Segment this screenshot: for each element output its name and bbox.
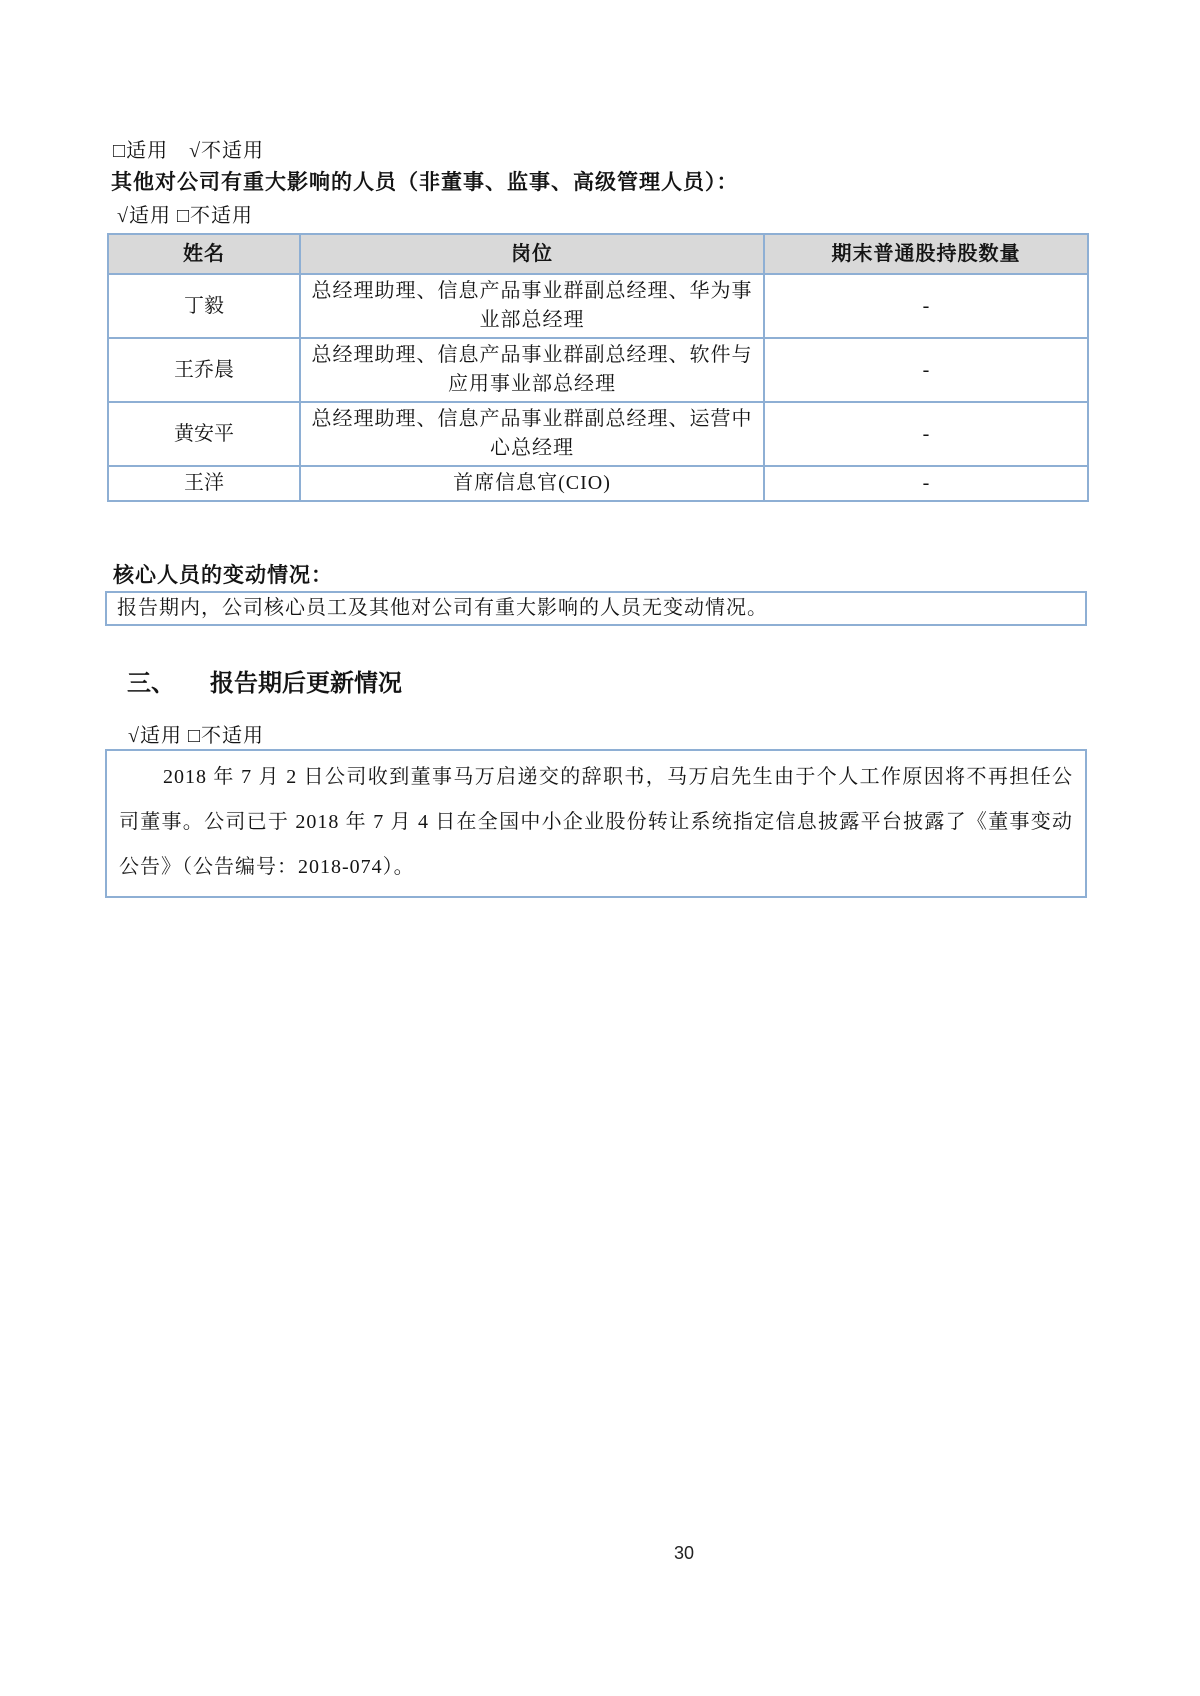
cell-position: 总经理助理、信息产品事业群副总经理、华为事业部总经理 [300, 274, 764, 338]
cell-name: 王洋 [108, 466, 300, 501]
applicability-line-not-applicable: □适用 √不适用 [113, 134, 264, 163]
cell-position: 总经理助理、信息产品事业群副总经理、运营中心总经理 [300, 402, 764, 466]
section-title: 报告期后更新情况 [210, 670, 402, 697]
cell-name: 王乔晨 [108, 338, 300, 402]
cell-position: 首席信息官(CIO) [300, 466, 764, 501]
core-change-note-box: 报告期内，公司核心员工及其他对公司有重大影响的人员无变动情况。 [105, 591, 1087, 626]
table-row: 黄安平 总经理助理、信息产品事业群副总经理、运营中心总经理 - [108, 402, 1088, 466]
other-personnel-heading: 其他对公司有重大影响的人员（非董事、监事、高级管理人员）： [111, 166, 739, 196]
table-header-row: 姓名 岗位 期末普通股持股数量 [108, 234, 1088, 274]
column-header-shares: 期末普通股持股数量 [764, 234, 1088, 274]
section-three-paragraph-box: 2018 年 7 月 2 日公司收到董事马万启递交的辞职书，马万启先生由于个人工… [105, 749, 1087, 898]
cell-name: 丁毅 [108, 274, 300, 338]
core-change-note-text: 报告期内，公司核心员工及其他对公司有重大影响的人员无变动情况。 [117, 597, 768, 619]
cell-name: 黄安平 [108, 402, 300, 466]
column-header-name: 姓名 [108, 234, 300, 274]
cell-shares: - [764, 274, 1088, 338]
table-row: 丁毅 总经理助理、信息产品事业群副总经理、华为事业部总经理 - [108, 274, 1088, 338]
personnel-table: 姓名 岗位 期末普通股持股数量 丁毅 总经理助理、信息产品事业群副总经理、华为事… [107, 233, 1089, 502]
cell-position: 总经理助理、信息产品事业群副总经理、软件与应用事业部总经理 [300, 338, 764, 402]
document-page: □适用 √不适用 其他对公司有重大影响的人员（非董事、监事、高级管理人员）： √… [0, 0, 1200, 1696]
section-three-heading: 三、报告期后更新情况 [127, 663, 402, 698]
page-number: 30 [674, 1543, 694, 1564]
section-three-paragraph-text: 2018 年 7 月 2 日公司收到董事马万启递交的辞职书，马万启先生由于个人工… [119, 766, 1073, 878]
table-row: 王乔晨 总经理助理、信息产品事业群副总经理、软件与应用事业部总经理 - [108, 338, 1088, 402]
section-three-applicability-line: √适用 □不适用 [128, 719, 264, 748]
column-header-position: 岗位 [300, 234, 764, 274]
cell-shares: - [764, 338, 1088, 402]
table-row: 王洋 首席信息官(CIO) - [108, 466, 1088, 501]
core-change-heading: 核心人员的变动情况： [113, 559, 333, 589]
cell-shares: - [764, 402, 1088, 466]
section-number: 三、 [127, 670, 175, 697]
applicability-line-applicable: √适用 □不适用 [117, 199, 253, 228]
cell-shares: - [764, 466, 1088, 501]
